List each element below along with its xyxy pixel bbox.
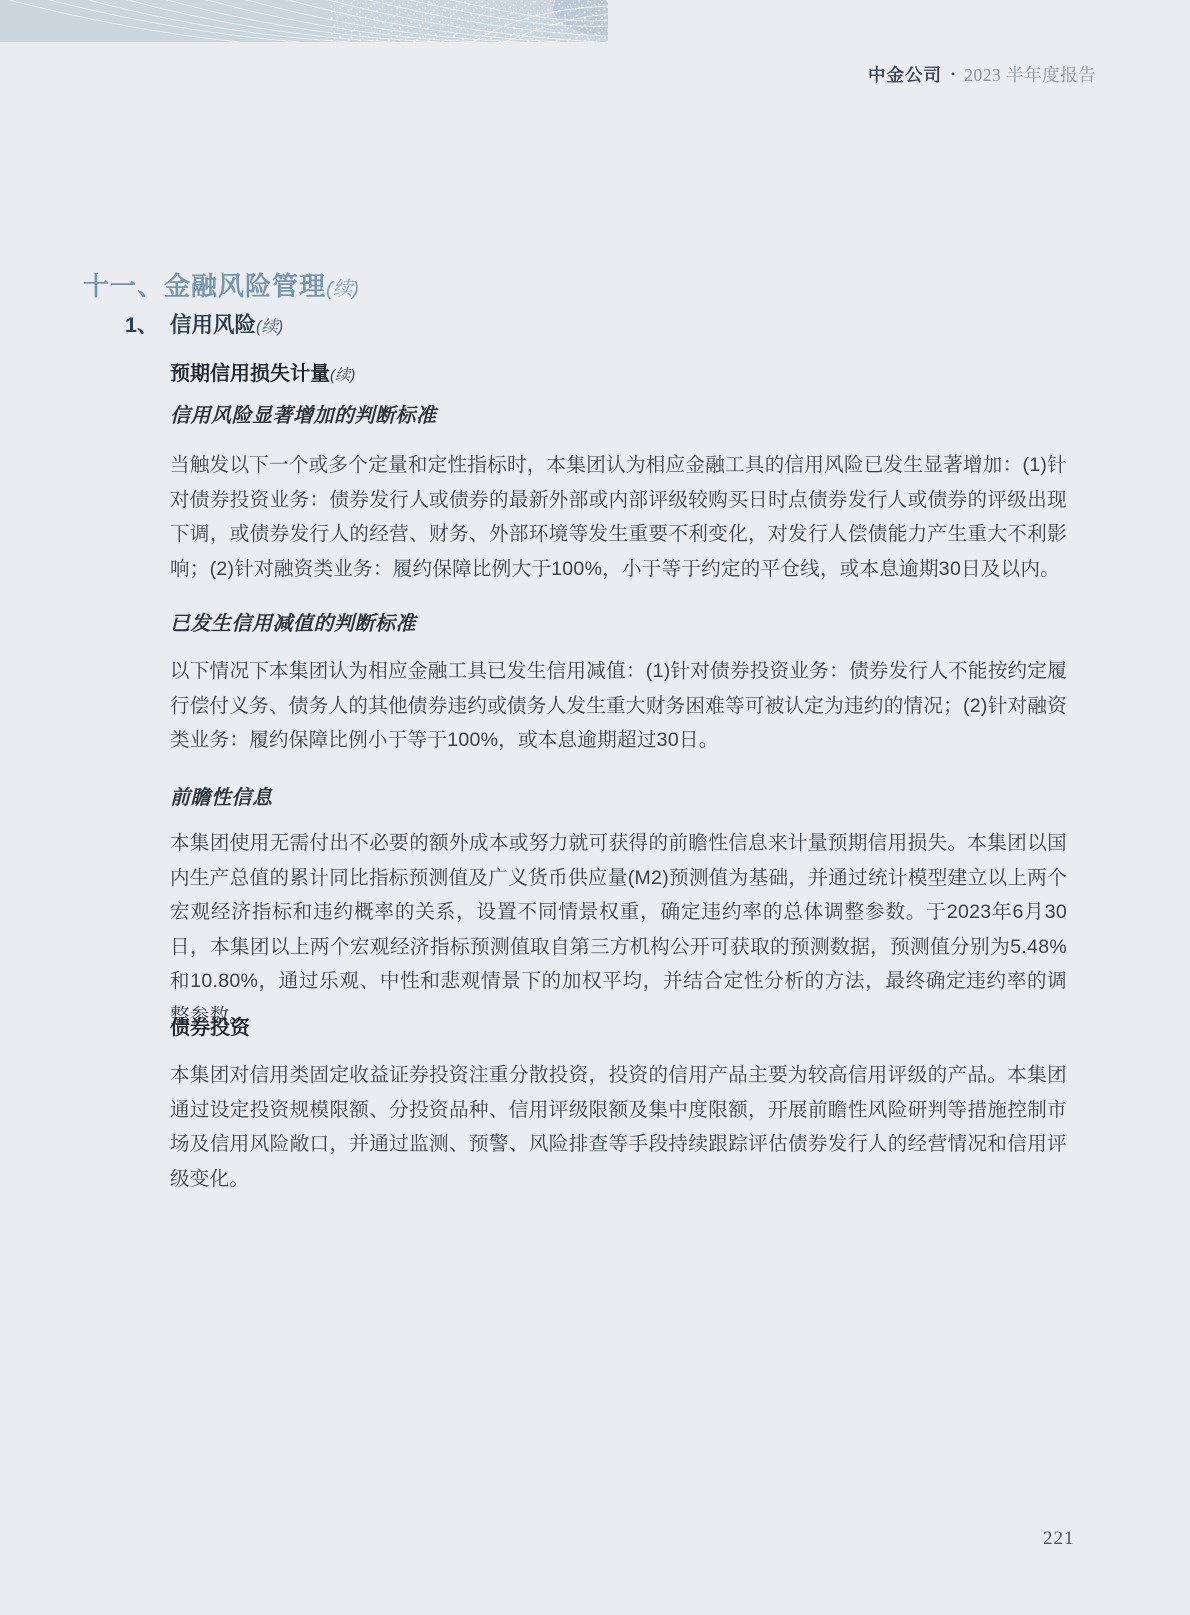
heading-forward-looking-info: 前瞻性信息 bbox=[170, 786, 273, 810]
heading-expected-credit-loss: 预期信用损失计量(续) bbox=[170, 362, 355, 386]
paragraph-bond-investment: 本集团对信用类固定收益证券投资注重分散投资，投资的信用产品主要为较高信用评级的产… bbox=[170, 1058, 1067, 1196]
report-page: 中金公司 • 2023 半年度报告 十一、金融风险管理(续) 1、信用风险(续)… bbox=[0, 0, 1190, 1615]
heading-bond-investment-text: 债券投资 bbox=[170, 1017, 250, 1039]
heading-expected-credit-loss-text: 预期信用损失计量 bbox=[170, 363, 330, 385]
subsection-title-credit-risk: 1、信用风险(续) bbox=[125, 313, 283, 338]
paragraph-forward-looking-info: 本集团使用无需付出不必要的额外成本或努力就可获得的前瞻性信息来计量预期信用损失。… bbox=[170, 826, 1067, 1033]
heading-bond-investment: 债券投资 bbox=[170, 1016, 250, 1040]
subsection-continued-marker: (续) bbox=[256, 318, 283, 336]
page-header: 中金公司 • 2023 半年度报告 bbox=[868, 62, 1080, 87]
section-title-continued-marker: (续) bbox=[326, 278, 359, 300]
section-title-financial-risk-management: 十一、金融风险管理(续) bbox=[83, 272, 359, 301]
paragraph-sicr-criteria: 当触发以下一个或多个定量和定性指标时，本集团认为相应金融工具的信用风险已发生显著… bbox=[170, 448, 1067, 586]
heading-impairment-criteria: 已发生信用减值的判断标准 bbox=[170, 612, 416, 636]
heading-sicr-criteria: 信用风险显著增加的判断标准 bbox=[170, 404, 437, 428]
wave-pattern-decoration bbox=[0, 0, 608, 42]
header-bullet-separator: • bbox=[951, 67, 955, 82]
subsection-title-text: 信用风险 bbox=[170, 313, 256, 337]
wave-pattern-icon bbox=[0, 0, 608, 42]
paragraph-impairment-criteria: 以下情况下本集团认为相应金融工具已发生信用减值：(1)针对债券投资业务：债券发行… bbox=[170, 654, 1067, 758]
subsection-number: 1、 bbox=[125, 313, 170, 338]
page-number: 221 bbox=[1043, 1528, 1075, 1550]
section-title-text: 十一、金融风险管理 bbox=[83, 271, 326, 301]
header-company-name: 中金公司 bbox=[868, 62, 942, 87]
header-report-title: 2023 半年度报告 bbox=[964, 62, 1096, 87]
heading-expected-credit-loss-continued: (续) bbox=[330, 367, 355, 384]
